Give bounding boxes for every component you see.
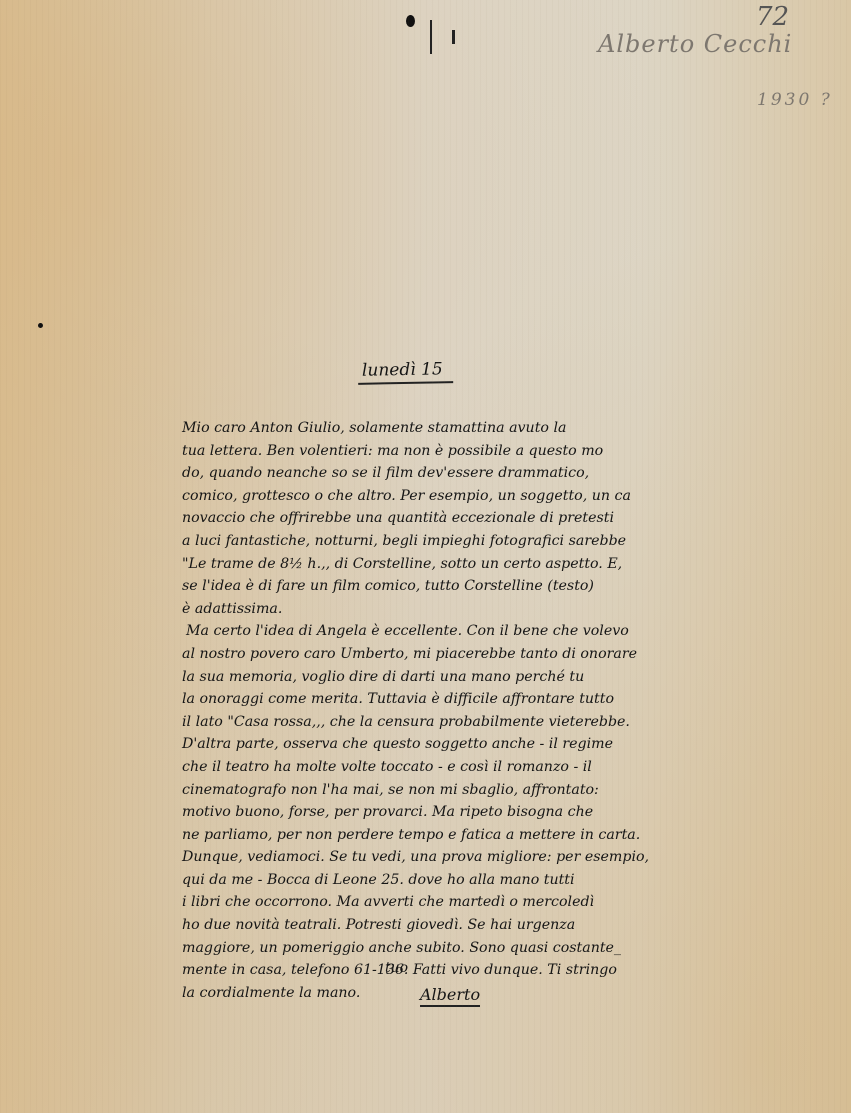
letter-line: "Le trame de 8½ h.,, di Corstelline, sot…	[182, 553, 682, 576]
letter-line: novaccio che offrirebbe una quantità ecc…	[182, 507, 682, 530]
letter-line: mente in casa, telefono 61-136. Fatti vi…	[182, 959, 682, 982]
letter-line: ne parliamo, per non perdere tempo e fat…	[182, 824, 682, 847]
letter-line: se l'idea è di fare un film comico, tutt…	[182, 575, 682, 598]
letter-body: Mio caro Anton Giulio, solamente stamatt…	[182, 417, 682, 1004]
year-annotation: 1930 ?	[757, 90, 833, 110]
letter-line: che il teatro ha molte volte toccato - e…	[182, 756, 682, 779]
ink-stroke	[430, 20, 432, 54]
letter-line: la sua memoria, voglio dire di darti una…	[182, 666, 682, 689]
date-heading: lunedì 15	[358, 359, 453, 385]
letter-line: il lato "Casa rossa,,, che la censura pr…	[182, 711, 682, 734]
closing: tuo	[385, 960, 408, 976]
letter-line: D'altra parte, osserva che questo sogget…	[182, 733, 682, 756]
letter-line: Ma certo l'idea di Angela è eccellente. …	[182, 620, 682, 643]
letter-line: tua lettera. Ben volentieri: ma non è po…	[182, 440, 682, 463]
letter-line: ho due novità teatrali. Potresti giovedì…	[182, 914, 682, 937]
letter-line: a luci fantastiche, notturni, begli impi…	[182, 530, 682, 553]
letter-page: 72 Alberto Cecchi 1930 ? lunedì 15 Mio c…	[0, 0, 851, 1113]
author-annotation: Alberto Cecchi	[598, 30, 792, 58]
ink-blot	[406, 15, 415, 27]
letter-line: Mio caro Anton Giulio, solamente stamatt…	[182, 417, 682, 440]
letter-line: comico, grottesco o che altro. Per esemp…	[182, 485, 682, 508]
letter-line: qui da me - Bocca di Leone 25. dove ho a…	[182, 869, 682, 892]
letter-line: cinematografo non l'ha mai, se non mi sb…	[182, 779, 682, 802]
letter-line: do, quando neanche so se il film dev'ess…	[182, 462, 682, 485]
letter-line: è adattissima.	[182, 598, 682, 621]
ink-stroke	[452, 30, 455, 44]
folio-number: 72	[756, 2, 789, 32]
letter-line: Dunque, vediamoci. Se tu vedi, una prova…	[182, 846, 682, 869]
letter-line: al nostro povero caro Umberto, mi piacer…	[182, 643, 682, 666]
signature: Alberto	[420, 985, 480, 1007]
letter-line: motivo buono, forse, per provarci. Ma ri…	[182, 801, 682, 824]
letter-line: i libri che occorrono. Ma avverti che ma…	[182, 891, 682, 914]
ink-dot	[38, 323, 43, 328]
letter-line: la onoraggi come merita. Tuttavia è diff…	[182, 688, 682, 711]
letter-line: maggiore, un pomeriggio anche subito. So…	[182, 937, 682, 960]
